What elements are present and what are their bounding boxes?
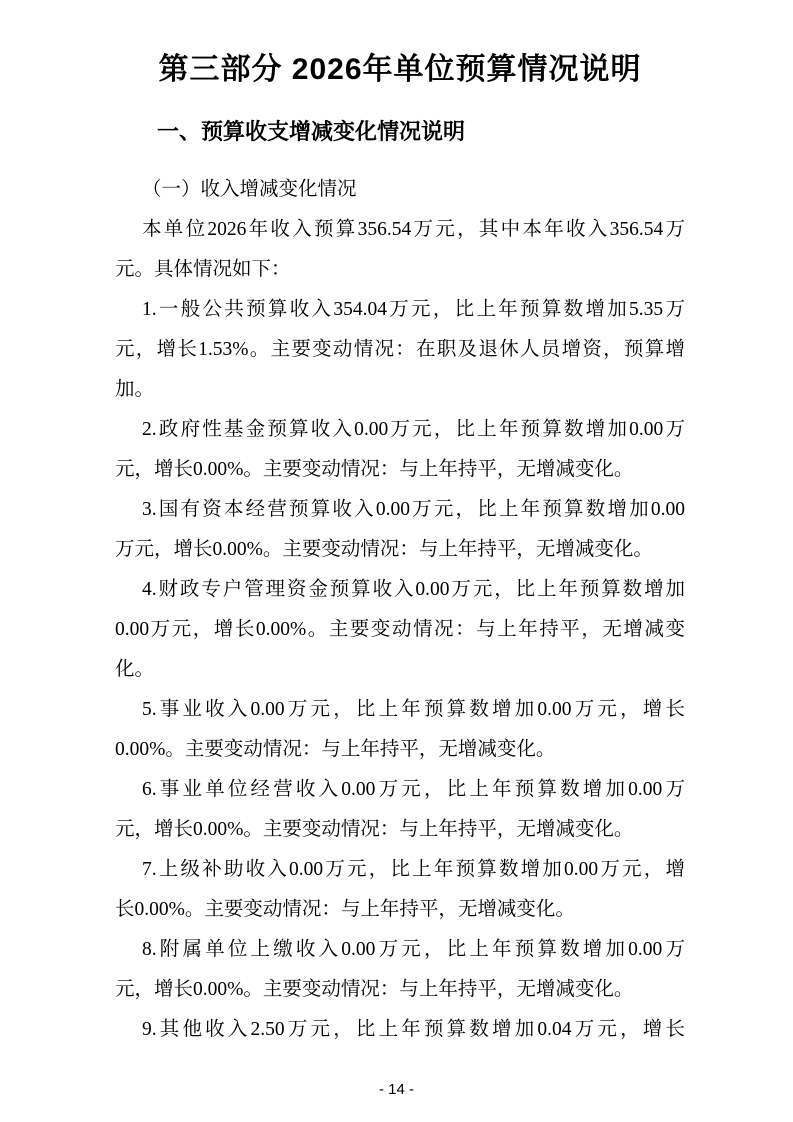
text-line: 1.一般公共预算收入354.04万元，比上年预算数增加5.35万 [115,290,685,330]
text-line: 加。 [115,370,685,410]
text-line: 元，增长0.00%。主要变动情况：与上年持平，无增减变化。 [115,970,685,1010]
item-2-paragraph: 2.政府性基金预算收入0.00万元，比上年预算数增加0.00万元，增长0.00%… [115,410,685,490]
text-line: 5.事业收入0.00万元，比上年预算数增加0.00万元，增长 [115,690,685,730]
item-8-paragraph: 8.附属单位上缴收入0.00万元，比上年预算数增加0.00万元，增长0.00%。… [115,930,685,1010]
intro-paragraph: 本单位2026年收入预算356.54万元，其中本年收入356.54万元。具体情况… [115,210,685,290]
text-line: 元，增长0.00%。主要变动情况：与上年持平，无增减变化。 [115,810,685,850]
item-5-paragraph: 5.事业收入0.00万元，比上年预算数增加0.00万元，增长0.00%。主要变动… [115,690,685,770]
page-footer: - 14 - [0,1080,793,1100]
text-line: 0.00万元，增长0.00%。主要变动情况：与上年持平，无增减变 [115,610,685,650]
text-line: 本单位2026年收入预算356.54万元，其中本年收入356.54万 [115,210,685,250]
text-line: 8.附属单位上缴收入0.00万元，比上年预算数增加0.00万 [115,930,685,970]
text-line: 万元，增长0.00%。主要变动情况：与上年持平，无增减变化。 [115,530,685,570]
text-line: 7.上级补助收入0.00万元，比上年预算数增加0.00万元，增 [115,850,685,890]
text-line: 9.其他收入2.50万元，比上年预算数增加0.04万元，增长 [115,1010,685,1050]
text-line: 3.国有资本经营预算收入0.00万元，比上年预算数增加0.00 [115,490,685,530]
item-7-paragraph: 7.上级补助收入0.00万元，比上年预算数增加0.00万元，增长0.00%。主要… [115,850,685,930]
item-6-paragraph: 6.事业单位经营收入0.00万元，比上年预算数增加0.00万元，增长0.00%。… [115,770,685,850]
text-line: （一）收入增减变化情况 [115,170,685,210]
subsection-heading: （一）收入增减变化情况 [115,170,685,210]
document-title: 第三部分 2026年单位预算情况说明 [115,50,685,90]
document-body: （一）收入增减变化情况本单位2026年收入预算356.54万元，其中本年收入35… [115,170,685,1050]
page-number: - 14 - [379,1081,414,1098]
item-9-paragraph: 9.其他收入2.50万元，比上年预算数增加0.04万元，增长 [115,1010,685,1050]
text-line: 元，增长0.00%。主要变动情况：与上年持平，无增减变化。 [115,450,685,490]
text-line: 元，增长1.53%。主要变动情况：在职及退休人员增资，预算增 [115,330,685,370]
text-line: 长0.00%。主要变动情况：与上年持平，无增减变化。 [115,890,685,930]
item-4-paragraph: 4.财政专户管理资金预算收入0.00万元，比上年预算数增加0.00万元，增长0.… [115,570,685,690]
text-line: 2.政府性基金预算收入0.00万元，比上年预算数增加0.00万 [115,410,685,450]
item-1-paragraph: 1.一般公共预算收入354.04万元，比上年预算数增加5.35万元，增长1.53… [115,290,685,410]
text-line: 0.00%。主要变动情况：与上年持平，无增减变化。 [115,730,685,770]
text-line: 4.财政专户管理资金预算收入0.00万元，比上年预算数增加 [115,570,685,610]
text-line: 化。 [115,650,685,690]
text-line: 6.事业单位经营收入0.00万元，比上年预算数增加0.00万 [115,770,685,810]
text-line: 元。具体情况如下： [115,250,685,290]
item-3-paragraph: 3.国有资本经营预算收入0.00万元，比上年预算数增加0.00万元，增长0.00… [115,490,685,570]
document-page: 第三部分 2026年单位预算情况说明 一、预算收支增减变化情况说明 （一）收入增… [0,0,793,1122]
section-heading: 一、预算收支增减变化情况说明 [115,118,685,146]
